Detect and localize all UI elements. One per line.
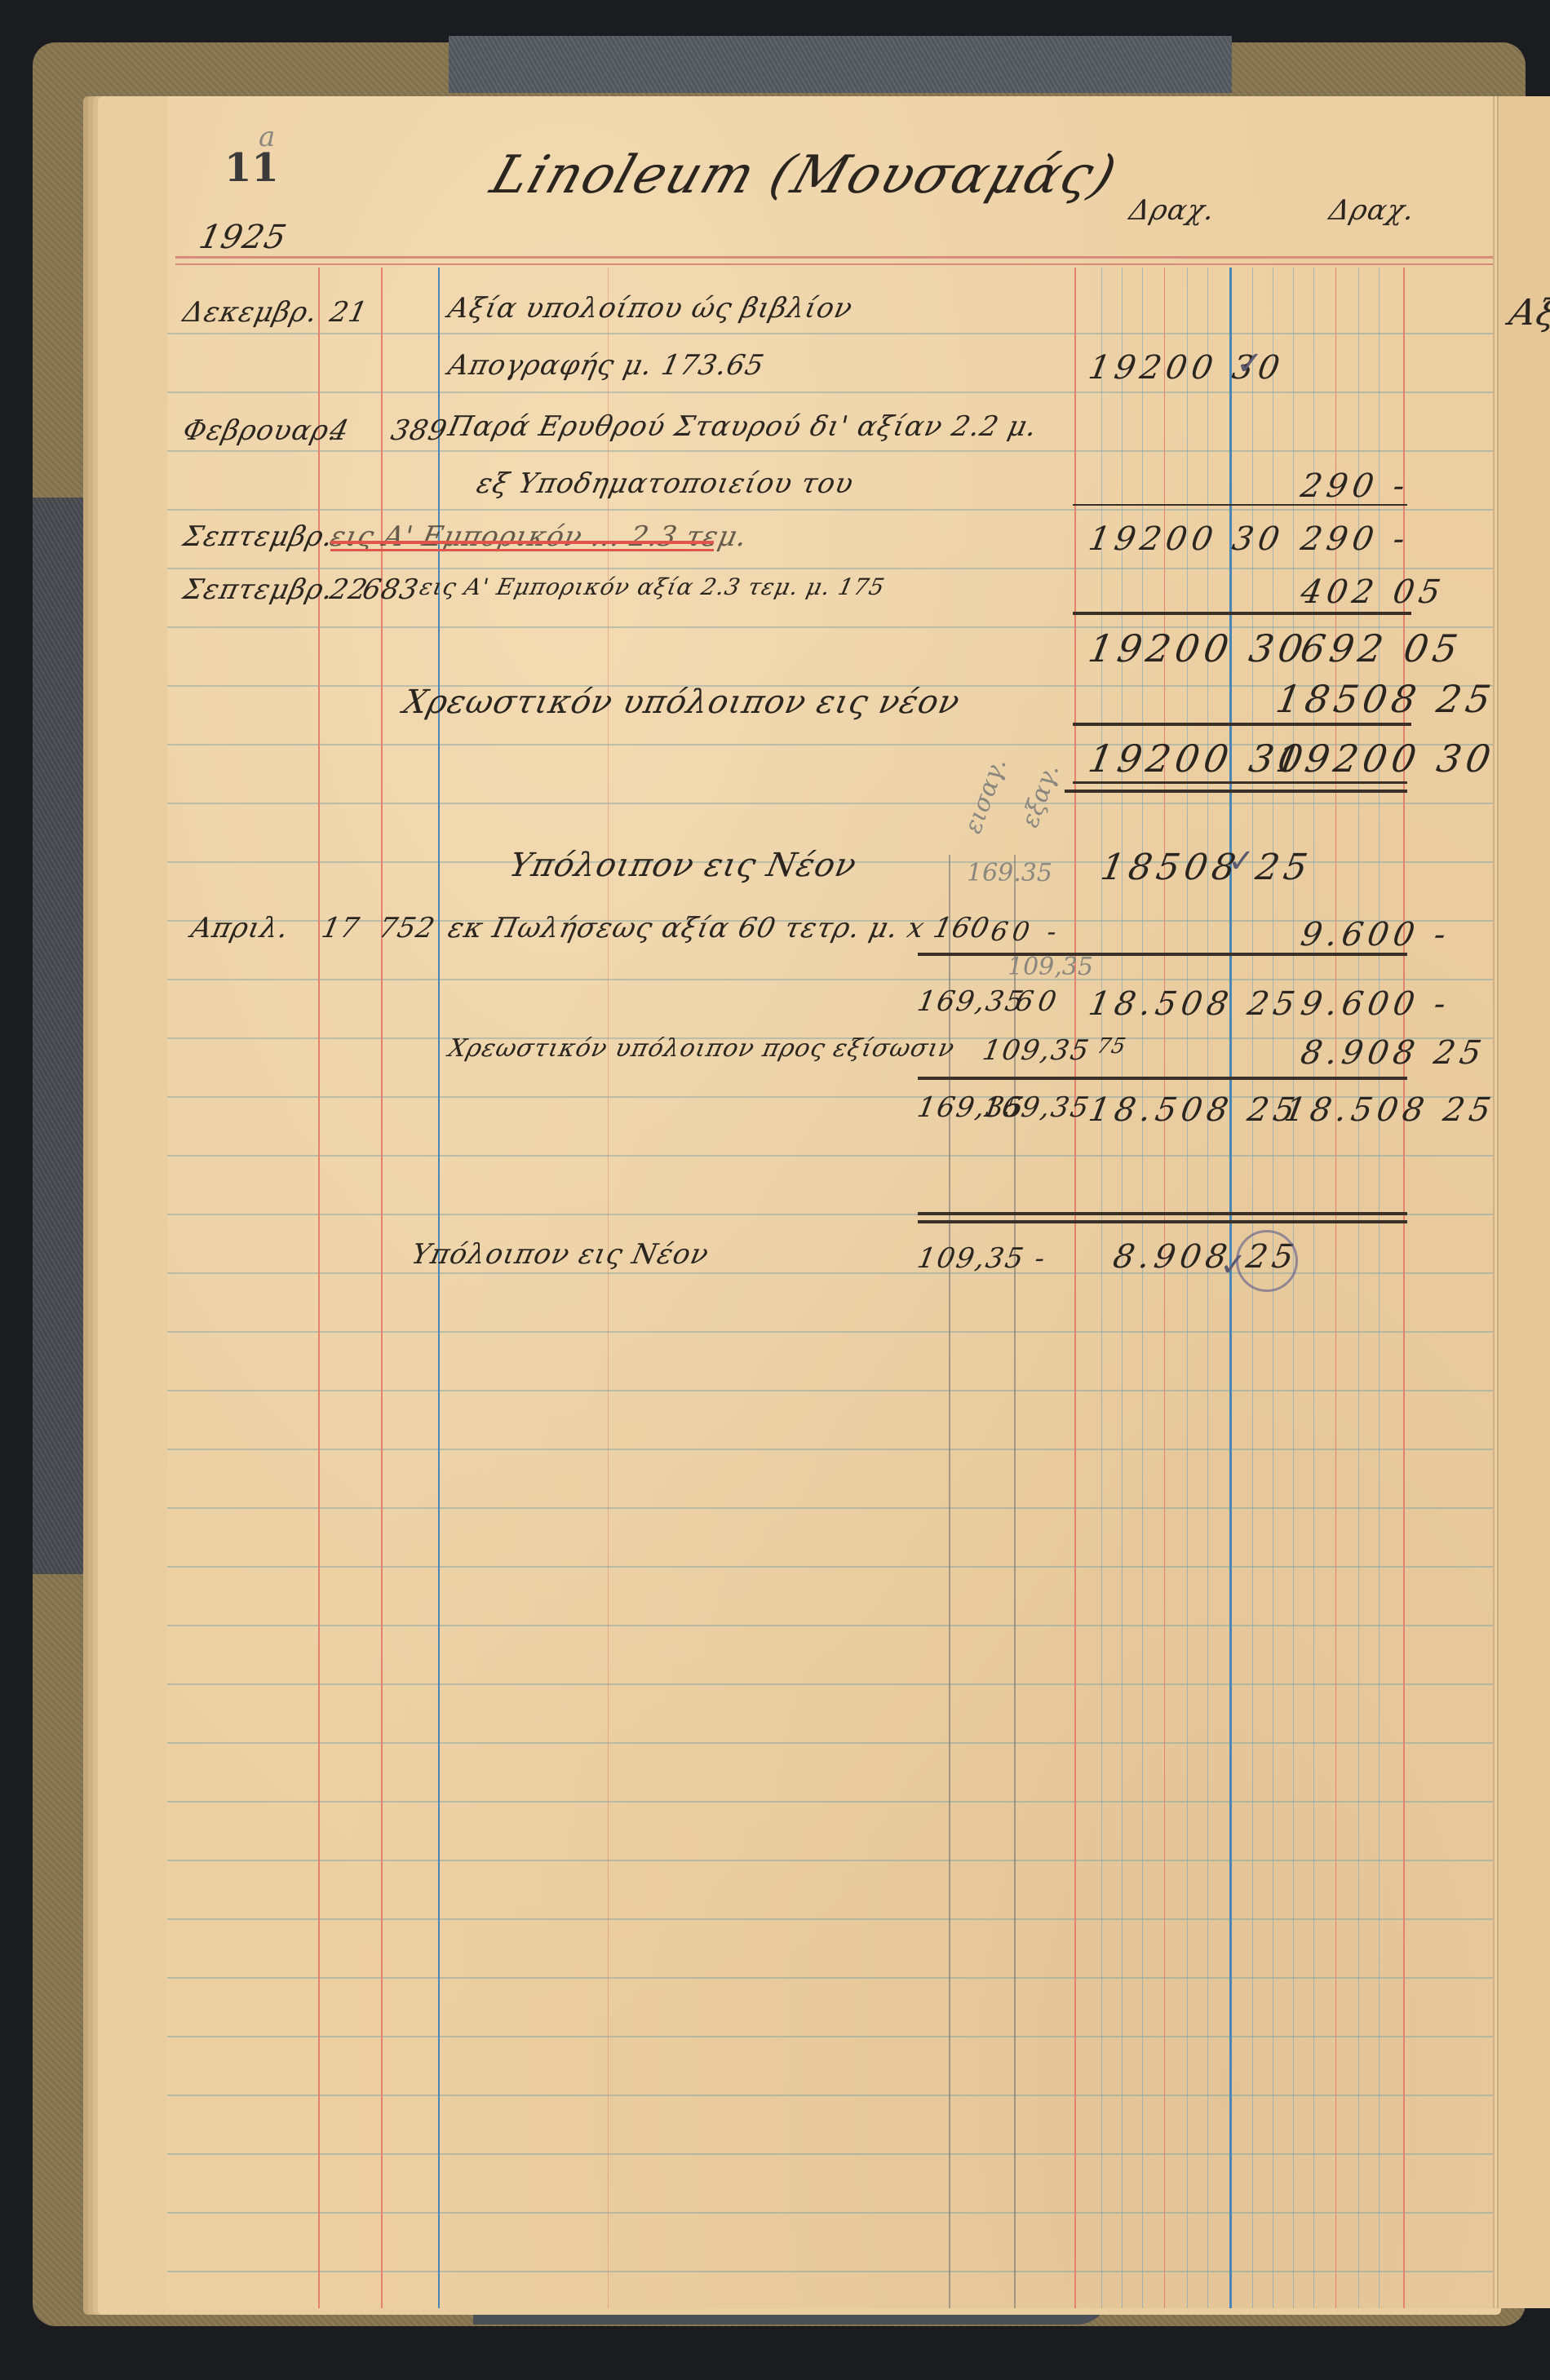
entry-1-month: Δεκεμβρ. <box>180 296 321 329</box>
ruled-line <box>167 1390 1493 1391</box>
initials-stamp-icon <box>1236 1230 1298 1292</box>
ruled-line <box>167 509 1493 511</box>
digit-rule <box>1142 268 1143 2308</box>
sum-debit: 18.508 25 <box>1086 985 1303 1023</box>
carry-forward-qty: 169.35 <box>967 859 1052 887</box>
entry-2-ref: 389 <box>388 414 450 447</box>
facing-page-text: Αξ <box>1506 292 1550 334</box>
pencil-col-a: εισαγ. <box>959 754 1012 837</box>
entry-1-text-1: Αξία υπολοίπου ώς βιβλίον <box>445 292 856 325</box>
account-title: Linoleum (Μουσαμάς) <box>484 145 1125 206</box>
balance-credit: 18508 25 <box>1273 677 1499 721</box>
ruled-line <box>167 1742 1493 1744</box>
qty-column-rule-b <box>1014 855 1016 2308</box>
sum-rule <box>1073 504 1407 506</box>
digit-rule <box>1207 268 1208 2308</box>
ruled-line <box>167 2095 1493 2096</box>
pencil-page-mark: a <box>259 121 275 153</box>
ruled-line <box>167 1860 1493 1861</box>
red-strikethrough-2 <box>330 549 714 551</box>
spine-cloth-left <box>33 498 98 1574</box>
ruled-line <box>167 1977 1493 1979</box>
ledger-page: 11 a Linoleum (Μουσαμάς) 1925 Δραχ. Δραχ… <box>167 96 1495 2308</box>
red-strikethrough <box>330 541 714 544</box>
qty-in: 169,35 <box>914 985 1027 1018</box>
entry-1-day: 21 <box>327 296 371 329</box>
remaining-mark: 75 <box>1095 1034 1128 1059</box>
credit-column-rule <box>1229 268 1232 2308</box>
digit-rule <box>1122 268 1123 2308</box>
debit-column-header: Δραχ. <box>1127 194 1218 227</box>
ruled-line <box>167 1625 1493 1626</box>
ruled-line <box>167 1331 1493 1333</box>
subtotal-debit: 19200 30 <box>1085 626 1311 670</box>
double-rule-top <box>1073 781 1407 784</box>
april-qty-out: 60 - <box>989 916 1064 947</box>
sum-rule <box>918 1077 1407 1080</box>
ruled-line <box>167 1449 1493 1450</box>
entry-2-credit: 290 - <box>1298 467 1413 505</box>
entry-1-text-2: Απογραφής μ. 173.65 <box>445 349 768 382</box>
carry-forward-text: Υπόλοιπον εις Νέον <box>506 847 860 884</box>
header-rule-2 <box>175 263 1493 265</box>
total-credit: 19200 30 <box>1273 737 1499 781</box>
checkmark-icon: ✓ <box>1236 345 1264 383</box>
ledger-year: 1925 <box>196 219 290 256</box>
subtotal-credit: 692 05 <box>1297 626 1465 670</box>
balance-text: Χρεωστικόν υπόλοιπον εις νέον <box>400 683 963 721</box>
ruled-line <box>167 2212 1493 2214</box>
ruled-line <box>167 979 1493 980</box>
entry-4-text: εις Α' Εμπορικόν αξία 2.3 τεμ. μ. 175 <box>417 573 887 600</box>
entry-2-text-1: Παρά Ερυθρού Σταυρού δι' αξίαν 2.2 μ. <box>445 410 1040 443</box>
final-credit: 18.508 25 <box>1282 1091 1499 1129</box>
ruled-line <box>167 1801 1493 1803</box>
sum-rule <box>918 953 1407 956</box>
pencil-qty: 109,35 <box>1007 953 1093 981</box>
ruled-line <box>167 803 1493 804</box>
digit-rule <box>1101 268 1102 2308</box>
double-rule-bottom <box>1065 790 1407 793</box>
ruled-line <box>167 2271 1493 2272</box>
qty-column-rule-a <box>949 855 950 2308</box>
ruled-line <box>167 392 1493 393</box>
final-debit: 18.508 25 <box>1086 1091 1303 1129</box>
entry-3-struck-text: εις Α' Εμπορικόν ... 2.3 τεμ. <box>327 520 751 553</box>
digit-rule <box>1293 268 1294 2308</box>
ruled-line <box>167 333 1493 334</box>
facing-page-edge: Αξ <box>1497 96 1550 2308</box>
april-ref: 752 <box>376 912 438 944</box>
remaining-credit: 8.908 25 <box>1298 1034 1489 1072</box>
entry-2-text-2: εξ Υποδηματοποιείου του <box>474 467 857 500</box>
remaining-text: Χρεωστικόν υπόλοιπον προς εξίσωσιν <box>445 1034 957 1063</box>
checkmark-icon: ✓ <box>1228 843 1255 880</box>
entry-2-month: Φεβρουαρ. <box>180 414 342 447</box>
april-text: εκ Πωλήσεως αξία 60 τετρ. μ. x 160 <box>445 912 993 944</box>
double-rule-top <box>918 1212 1407 1215</box>
debit-column-rule <box>1074 268 1076 2308</box>
carry-forward-debit: 18508 25 <box>1098 847 1316 888</box>
header-rule <box>175 256 1493 259</box>
spine-cloth-top <box>449 36 1232 93</box>
entry-3-month: Σεπτεμβρ. <box>180 520 337 553</box>
ruled-line <box>167 450 1493 452</box>
new-carry-qty: 109,35 - <box>914 1242 1048 1275</box>
ruled-line <box>167 2036 1493 2037</box>
entry-3-credit: 290 - <box>1298 520 1413 558</box>
ruled-line <box>167 568 1493 569</box>
remaining-qty: 109,35 <box>980 1034 1092 1067</box>
qty-out: 60 <box>1012 985 1063 1018</box>
ruled-line <box>167 1566 1493 1568</box>
pencil-col-b: εξαγ. <box>1016 760 1065 831</box>
april-day: 17 <box>319 912 363 944</box>
digit-rule <box>1164 268 1165 2308</box>
entry-4-month: Σεπτεμβρ. <box>180 573 337 606</box>
ruled-line <box>167 2153 1493 2155</box>
entry-4-ref: 683 <box>360 573 422 606</box>
april-month: Απριλ. <box>188 912 292 944</box>
credit-column-header: Δραχ. <box>1326 194 1418 227</box>
sum-credit: 9.600 - <box>1298 985 1454 1023</box>
ruled-line <box>167 1155 1493 1157</box>
entry-4-credit: 402 05 <box>1298 573 1448 611</box>
ruled-line <box>167 1507 1493 1509</box>
ruled-line <box>167 1683 1493 1685</box>
double-rule-bottom <box>918 1220 1407 1223</box>
sum-rule <box>1073 723 1411 726</box>
sum-rule <box>1073 612 1411 615</box>
new-carry-text: Υπόλοιπον εις Νέον <box>409 1238 712 1271</box>
digit-rule <box>1187 268 1188 2308</box>
april-credit: 9.600 - <box>1298 916 1454 953</box>
ruled-line <box>167 1918 1493 1920</box>
final-qty-out: 169,35 <box>980 1091 1092 1124</box>
entry-3-debit: 19200 30 <box>1086 520 1287 558</box>
